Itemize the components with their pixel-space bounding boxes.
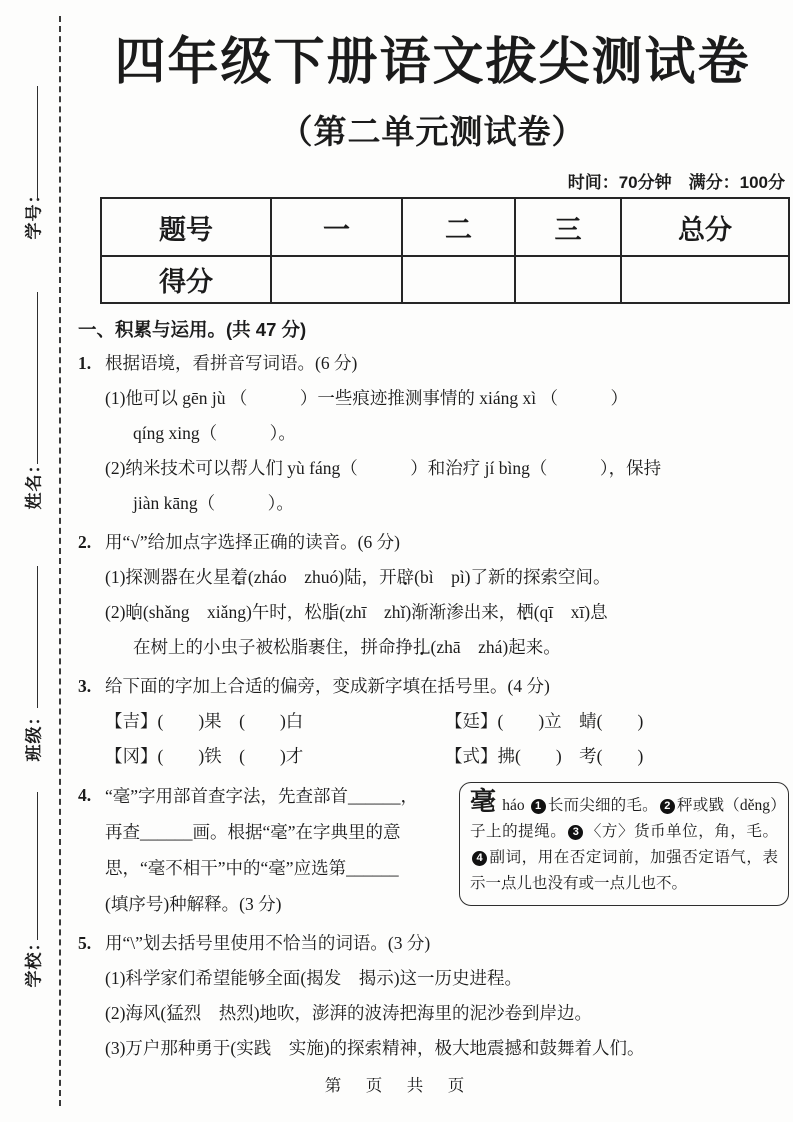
question-4-line-4: (填序号)种解释。(3 分): [105, 886, 457, 922]
text-segment: (shǎng xiǎng)午时，松: [143, 602, 322, 622]
question-1-stem: 根据语境，看拼音写词语。(6 分): [105, 346, 787, 381]
question-2-stem: 用“√”给加点字选择正确的读音。(6 分): [105, 525, 787, 560]
question-3-stem: 给下面的字加上合适的偏旁，变成新字填在括号里。(4 分): [105, 669, 787, 704]
question-3-row-1-left: 【吉】( )果 ( )白: [105, 704, 445, 739]
question-2-item-1: (1)探测器在火星着(zháo zhuó)陆，开辟(bì pì)了新的探索空间。: [105, 560, 787, 595]
seal-dashed-line: [59, 16, 61, 1106]
circled-number-1: 1: [531, 799, 546, 814]
dictionary-definition-4: 副词，用在否定词前，加强否定语气，表示一点儿也没有或一点儿也不。: [470, 849, 778, 892]
question-3-row-2-right: 【式】拂( ) 考( ): [445, 739, 643, 774]
text-segment: (zháo zhuó)陆，开: [248, 567, 397, 587]
text-segment: 在树上的小虫子被松脂裹住，拼命挣: [133, 637, 413, 657]
question-1-item-2-cont: jiàn kāng（ ）。: [105, 486, 787, 521]
section-1-heading: 一、积累与运用。(共 47 分): [78, 316, 787, 342]
question-3-row-1-right: 【廷】( )立 蜻( ): [445, 704, 643, 739]
text-segment: (zhī zhǐ)渐渐渗出来，: [339, 602, 516, 622]
score-table-header-row: 题号 一 二 三 总分: [101, 198, 789, 256]
question-1: 1. 根据语境，看拼音写词语。(6 分) (1)他可以 gēn jù （ ）一些…: [78, 346, 787, 521]
score-cell: [515, 256, 621, 303]
student-name-blank-line: [37, 292, 38, 464]
question-3-number: 3.: [78, 669, 105, 774]
paper-title: 四年级下册语文拔尖测试卷: [78, 30, 787, 94]
school-blank-line: [37, 792, 38, 940]
circled-number-2: 2: [660, 799, 675, 814]
question-5-number: 5.: [78, 926, 105, 1066]
dictionary-headword: 毫: [470, 787, 496, 816]
dotted-character: 着: [230, 560, 248, 595]
question-1-number: 1.: [78, 346, 105, 521]
school-label: 学校：: [20, 923, 45, 999]
test-paper: 四年级下册语文拔尖测试卷 （第二单元测试卷） 时间：70分钟 满分：100分 题…: [78, 0, 787, 1066]
dictionary-entry-box: 毫háo1长而尖细的毛。2秤或戥（děng）子上的提绳。3〈方〉货币单位，角，毛…: [459, 782, 789, 906]
question-3-row-2-left: 【冈】( )铁 ( )才: [105, 739, 445, 774]
dictionary-pinyin: háo: [502, 797, 524, 814]
class-label: 班级：: [20, 697, 45, 773]
text-segment: (bì pì)了新的探索空间。: [414, 567, 610, 587]
question-5-stem: 用“\”划去括号里使用不恰当的词语。(3 分): [105, 926, 787, 961]
text-segment: (qī xī)息: [534, 602, 608, 622]
dotted-character: 栖: [516, 595, 534, 630]
score-cell: [271, 256, 402, 303]
question-1-item-1: (1)他可以 gēn jù （ ）一些痕迹推测事情的 xiáng xì （ ）: [105, 381, 787, 416]
question-4-number: 4.: [78, 778, 105, 922]
score-table-score-row: 得分: [101, 256, 789, 303]
question-4-line-2: 再查______画。根据“毫”在字典里的意: [105, 814, 457, 850]
question-5-item-2: (2)海风(猛烈 热烈)地吹，澎湃的波涛把海里的泥沙卷到岸边。: [105, 996, 787, 1031]
student-name-label: 姓名：: [20, 445, 45, 521]
student-id-label: 学号：: [20, 175, 45, 251]
time-and-score-info: 时间：70分钟 满分：100分: [78, 168, 787, 193]
question-5: 5. 用“\”划去括号里使用不恰当的词语。(3 分) (1)科学家们希望能够全面…: [78, 926, 787, 1066]
question-4-line-3: 思，“毫不相干”中的“毫”应选第______: [105, 850, 457, 886]
dotted-character: 扎: [413, 630, 431, 665]
score-table: 题号 一 二 三 总分 得分: [100, 197, 790, 304]
question-2-item-2-cont: 在树上的小虫子被松脂裹住，拼命挣扎(zhā zhá)起来。: [105, 630, 787, 665]
question-2-item-2: (2)晌(shǎng xiǎng)午时，松脂(zhī zhǐ)渐渐渗出来，栖(q…: [105, 595, 787, 630]
question-2: 2. 用“√”给加点字选择正确的读音。(6 分) (1)探测器在火星着(zháo…: [78, 525, 787, 665]
question-2-number: 2.: [78, 525, 105, 665]
score-row-label: 得分: [101, 256, 271, 303]
score-cell: [402, 256, 515, 303]
question-5-item-3: (3)万户那种勇于(实践 实施)的探索精神，极大地震撼和鼓舞着人们。: [105, 1031, 787, 1066]
question-1-item-1-cont: qíng xing（ ）。: [105, 416, 787, 451]
score-table-header-cell: 总分: [621, 198, 789, 256]
score-table-header-cell: 一: [271, 198, 402, 256]
circled-number-3: 3: [568, 825, 583, 840]
text-segment: (zhā zhá)起来。: [431, 637, 561, 657]
score-cell: [621, 256, 789, 303]
question-5-item-1: (1)科学家们希望能够全面(揭发 揭示)这一历史进程。: [105, 961, 787, 996]
score-table-header-cell: 题号: [101, 198, 271, 256]
text-segment: (2): [105, 602, 125, 622]
question-4-line-1: “毫”字用部首查字法，先查部首______，: [105, 778, 457, 814]
question-3: 3. 给下面的字加上合适的偏旁，变成新字填在括号里。(4 分) 【吉】( )果 …: [78, 669, 787, 774]
class-blank-line: [37, 566, 38, 708]
paper-subtitle: （第二单元测试卷）: [78, 112, 787, 152]
dotted-character: 辟: [397, 560, 415, 595]
dotted-character: 晌: [125, 595, 143, 630]
dotted-character: 脂: [322, 595, 340, 630]
student-id-blank-line: [37, 86, 38, 200]
dictionary-definition-1: 长而尖细的毛。: [548, 797, 658, 814]
question-4: 4. “毫”字用部首查字法，先查部首______， 再查______画。根据“毫…: [78, 778, 787, 922]
text-segment: (1)探测器在火星: [105, 567, 230, 587]
score-table-header-cell: 二: [402, 198, 515, 256]
dictionary-definition-3: 〈方〉货币单位，角，毛。: [585, 823, 778, 840]
score-table-header-cell: 三: [515, 198, 621, 256]
question-1-item-2: (2)纳米技术可以帮人们 yù fáng（ ）和治疗 jí bìng（ ），保持: [105, 451, 787, 486]
page-number-footer: 第 页 共 页: [0, 1072, 793, 1096]
circled-number-4: 4: [472, 851, 487, 866]
